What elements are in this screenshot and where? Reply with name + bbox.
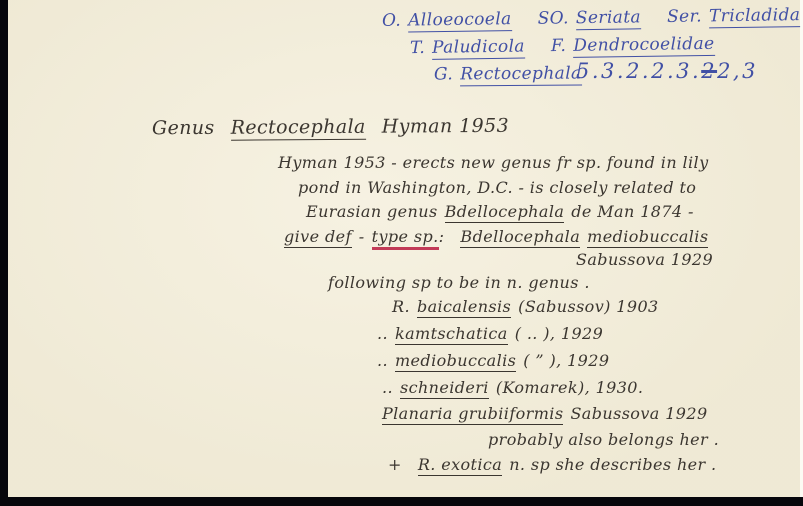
species-genus-abbr: .. — [377, 351, 388, 370]
species-name: kamtschatica — [395, 324, 508, 345]
type-species-author: Sabussova 1929 — [576, 250, 713, 269]
note-line-6: following sp to be in n. genus . — [328, 273, 590, 292]
index-card: O.AlloeocoelaSO.SeriataSer.Tricladida T.… — [8, 0, 803, 497]
taxon-name-tribe: Paludicola — [432, 37, 525, 60]
planaria-note-line: Planaria grubiiformisSabussova 1929 — [382, 404, 708, 423]
taxon-rank-suborder: SO. — [538, 8, 569, 28]
genus-title-name: Rectocephala — [231, 116, 366, 141]
type-species-genus: Bdellocephala — [460, 227, 580, 248]
exotica-species-name: R. exotica — [418, 455, 502, 476]
genus-title-line: GenusRectocephalaHyman 1953 — [152, 115, 509, 139]
note-line-3-post: de Man 1874 - — [571, 202, 694, 221]
note-line-4-dash: - — [359, 227, 365, 246]
taxon-rank-order: O. — [382, 11, 401, 31]
genus-title-label: Genus — [152, 117, 215, 139]
species-name: baicalensis — [417, 297, 511, 318]
taxon-rank-family: F. — [551, 36, 567, 56]
taxonomy-header-line-3: G.Rectocephala — [434, 63, 582, 84]
species-row: ..kamtschatica( .. ), 1929 — [377, 324, 603, 343]
species-citation: (Sabussov) 1903 — [518, 297, 658, 316]
scanned-card-background: O.AlloeocoelaSO.SeriataSer.Tricladida T.… — [0, 0, 803, 506]
genus-title-authority: Hyman 1953 — [382, 115, 509, 138]
species-name: mediobuccalis — [395, 351, 516, 372]
taxon-name-order: Alloeocoela — [408, 9, 512, 32]
note-line-3: Eurasian genusBdellocephalade Man 1874 - — [306, 202, 694, 221]
species-genus-abbr: .. — [382, 378, 393, 397]
give-def-label: give def — [284, 227, 352, 248]
species-genus-abbr: .. — [377, 324, 388, 343]
catalog-number: 5.3.2.2.3.22,3 — [576, 59, 758, 83]
exotica-note-text: n. sp she describes her . — [509, 455, 716, 474]
belongs-note-line: probably also belongs her . — [488, 430, 719, 449]
note-line-3-genus: Bdellocephala — [445, 202, 565, 223]
catalog-number-struck-digit: 2 — [701, 59, 717, 83]
catalog-number-prefix: 5.3.2.2.3. — [576, 59, 701, 83]
note-line-2: pond in Washington, D.C. - is closely re… — [298, 178, 696, 197]
taxonomy-header-line-2: T.PaludicolaF.Dendrocoelidae — [410, 34, 715, 58]
taxon-rank-series: Ser. — [667, 6, 702, 26]
species-row: ..schneideri(Komarek), 1930. — [382, 378, 643, 397]
taxon-name-genus: Rectocephala — [460, 63, 582, 86]
exotica-note-line: +R. exotican. sp she describes her . — [388, 455, 717, 474]
species-genus-abbr: R. — [392, 297, 410, 316]
taxon-name-family: Dendrocoelidae — [573, 34, 715, 58]
species-name: schneideri — [400, 378, 489, 399]
planaria-species-name: Planaria grubiiformis — [382, 404, 563, 425]
taxon-name-series: Tricladida — [709, 5, 801, 28]
note-line-3-pre: Eurasian genus — [306, 202, 438, 221]
note-line-1: Hyman 1953 - erects new genus fr sp. fou… — [278, 153, 709, 172]
exotica-plus-mark: + — [388, 455, 402, 474]
planaria-citation: Sabussova 1929 — [570, 404, 707, 423]
taxon-name-suborder: Seriata — [576, 7, 641, 30]
catalog-number-suffix: 2,3 — [717, 59, 758, 83]
species-row: R.baicalensis(Sabussov) 1903 — [392, 297, 659, 316]
species-citation: (Komarek), 1930. — [496, 378, 644, 397]
type-species-label: type sp. — [372, 227, 439, 250]
note-line-4-colon: : — [439, 227, 445, 246]
note-line-4: give def-type sp.:Bdellocephalamediobucc… — [284, 227, 708, 246]
species-citation: ( ” ), 1929 — [523, 351, 609, 370]
taxon-rank-tribe: T. — [410, 38, 425, 58]
species-citation: ( .. ), 1929 — [515, 324, 604, 343]
species-row: ..mediobuccalis( ” ), 1929 — [377, 351, 609, 370]
type-species-epithet: mediobuccalis — [587, 227, 708, 248]
taxonomy-header-line-1: O.AlloeocoelaSO.SeriataSer.Tricladida — [382, 5, 801, 31]
taxon-rank-genus: G. — [434, 64, 453, 84]
